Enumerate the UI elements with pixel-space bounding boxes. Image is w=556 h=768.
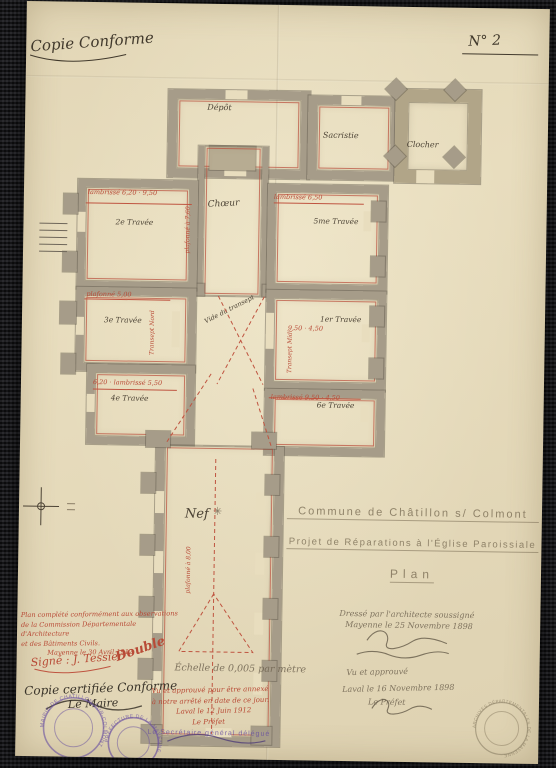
red-dim-choeur-vertical: plafonné à 7,60 [185,171,193,253]
architect-line2: Mayenne le 25 Novembre 1898 [345,621,473,632]
red-dim-sw: 6,20 · lambrissé 5,50 [93,379,162,387]
buttress [265,475,279,495]
red-note-line2: de la Commission Départementale d'Archit… [21,619,136,638]
window-gap [254,613,263,635]
arch-gap [172,311,181,347]
door-gap [416,170,434,183]
window-gap [76,317,84,335]
pencil-scrawl [357,651,449,659]
red-dim-nw: lambrissé 6,20 · 9,50 [88,189,157,197]
buttress [141,473,155,493]
svg-text:ARCHIVES DÉPARTEMENTALES DE LA: ARCHIVES DÉPARTEMENTALES DE LA MAYENNE [471,698,532,759]
red-label-transept-midi: Transept Midi [287,295,295,373]
room-label-nef: Nef [185,507,209,522]
buttress [138,659,152,679]
buttress [60,301,76,323]
archives-stamp-text: ARCHIVES DÉPARTEMENTALES DE LA MAYENNE [471,698,532,759]
room-label-chapel-ne: 5me Travée [313,217,358,226]
room-choeur [196,146,268,297]
buttress [372,201,386,221]
room-label-transept-n: 3e Travée [104,316,142,325]
red-approval-prefet: Le Préfet [192,717,225,726]
prefect-line2: Laval le 16 Novembre 1898 [342,684,454,695]
prefect-line1: Vu et approuvé [346,668,408,678]
red-dim-se: lambrissé 9,50 · 4,50 [271,394,340,402]
red-label-transept-nord: Transept Nord [149,293,157,355]
sheet-number: N° 2 [468,34,501,51]
room-label-chapel-se: 6e Travée [317,402,355,411]
title-plan: Plan [286,565,538,583]
window-gap [155,491,164,513]
red-approval-block: Vu et approuvé pour être annexé à notre … [152,683,333,728]
room-label-transept-s: 1er Travée [320,316,361,325]
ink-flourishes [30,47,538,69]
room-label-choeur: Chœur [208,199,240,211]
title-block: Commune de Châtillon s/ Colmont Projet d… [286,505,539,583]
architect-signature-scribble [367,631,447,650]
window-gap [256,493,265,515]
certification-line2: Le Maire [68,697,119,711]
room-label-depot: Dépôt [207,104,231,113]
window-gap [362,324,370,342]
room-label-sacristie: Sacristie [323,132,359,141]
red-approval-line2: à notre arrêté en date de ce jour. [152,695,270,705]
red-lining [204,148,260,295]
compass-icon [23,487,76,526]
archives-stamp: ARCHIVES DÉPARTEMENTALES DE LA MAYENNE [471,698,532,759]
red-lining [277,194,378,284]
window-gap [255,553,264,575]
plan-sheet: Copie Conforme N° 2 [15,1,550,764]
title-commune: Commune de Châtillon s/ Colmont [287,505,539,523]
red-approval-line1: Vu et approuvé pour être annexé [152,685,269,695]
door-gap [225,90,247,99]
scan-background: Copie Conforme N° 2 [0,0,556,768]
arch-gap [266,313,275,349]
prefect-line3: Le Préfet [368,698,406,707]
copy-note: Copie Conforme [30,30,154,55]
buttress [370,306,384,326]
red-dim-ne: lambrissé 6,50 [274,194,323,202]
red-note-line3: et des Bâtiments Civils. [21,639,100,648]
sheet-number-underline [462,54,538,55]
window-gap [77,212,85,232]
window-gap [87,394,95,412]
buttress [61,354,75,374]
red-dim-n: plafonné 5,00 [86,291,131,299]
label-crossing: Vide du transept [204,294,256,325]
door-gap [341,96,361,105]
buttress [369,358,383,378]
window-gap [363,211,371,231]
buttress [371,256,385,276]
buttress [63,252,77,272]
red-lining [87,189,188,281]
buttress [140,535,154,555]
buttress [64,194,78,214]
stairs [39,223,67,251]
red-approval-date: Laval le 12 Juin 1912 [176,706,251,715]
title-projet: Projet de Réparations à l'Église Paroiss… [286,536,538,553]
pier [252,433,276,449]
window-gap [154,551,163,573]
fold-crease-horizontal [26,75,549,85]
buttress [264,537,278,557]
room-chapel-sw [86,364,195,446]
title-plan-text: Plan [390,567,434,584]
room-label-chapel-sw: 4e Travée [111,394,149,403]
window-gap [360,406,368,422]
room-label-chapel-nw: 2e Travée [115,218,153,227]
red-note-line1: Plan complété conformément aux observati… [21,609,178,619]
scale-note: Échelle de 0,005 par mètre [174,663,306,676]
pier [146,431,170,447]
compass-star-icon: ✳ [213,506,222,518]
red-dim-nef-vertical: plafonné à 8,00 [186,524,194,594]
architect-line1: Dressé par l'architecte soussigné [339,610,474,621]
room-label-clocher: Clocher [407,141,439,150]
buttress [263,599,277,619]
room-clocher [394,89,481,184]
